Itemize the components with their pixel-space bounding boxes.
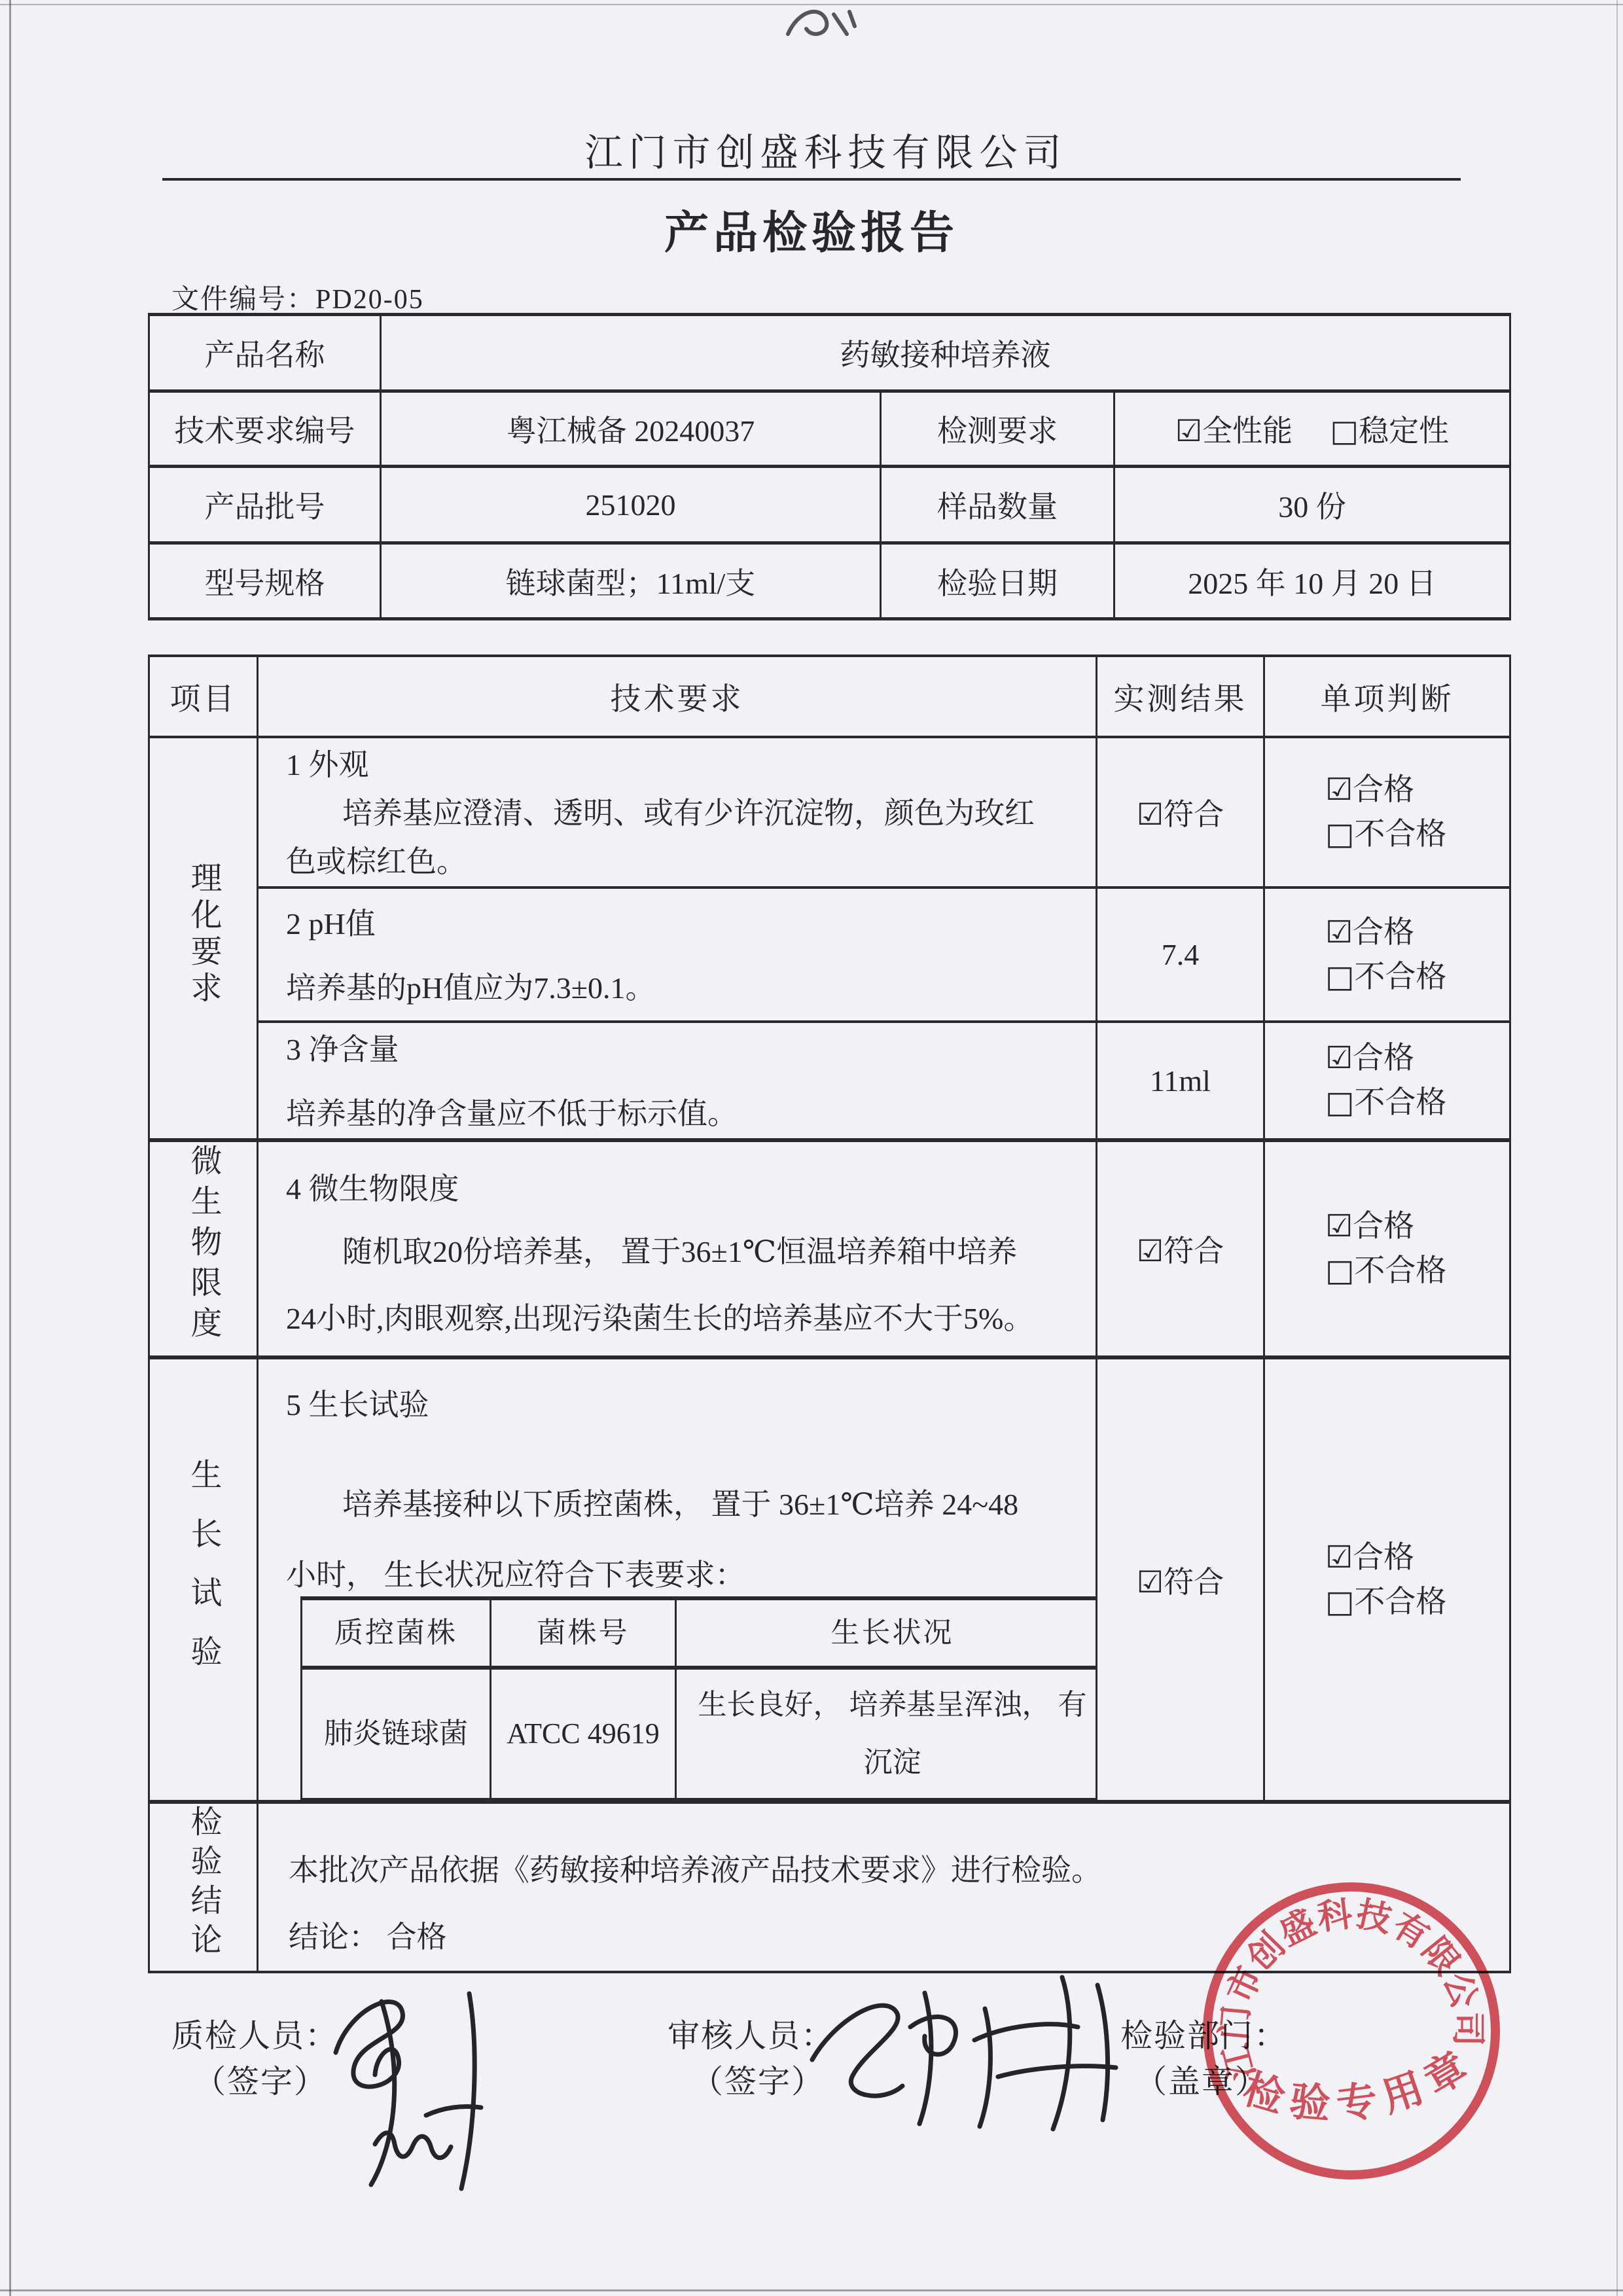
reviewer-signature xyxy=(789,1947,1145,2153)
table-row-net-content: 3 净含量 培养基的净含量应不低于标示值。 11ml ☑合格 □不合格 xyxy=(149,1022,1510,1140)
requirement-appearance: 1 外观 培养基应澄清、透明、或有少许沉淀物，颜色为玫红 色或棕红色。 xyxy=(258,737,1097,888)
product-name-label: 产品名称 xyxy=(149,315,381,391)
batch-label: 产品批号 xyxy=(149,467,381,543)
inspection-stamp: 江门市创盛科技有限公司 检验专用章 xyxy=(1179,1858,1524,2204)
file-number-value: PD20-05 xyxy=(315,285,424,315)
test-req-label: 检测要求 xyxy=(881,391,1115,467)
judgment-appearance: ☑合格 □不合格 xyxy=(1264,737,1510,888)
requirement-microbial: 4 微生物限度 随机取20份培养基， 置于36±1℃恒温培养箱中培养 24小时,… xyxy=(258,1140,1097,1357)
strain-no-value: ATCC 49619 xyxy=(491,1668,676,1799)
scan-smudge-icon xyxy=(779,3,864,48)
section-micro: 微生物限度 xyxy=(149,1140,258,1357)
table-row-growth: 生长试验 5 生长试验 培养基接种以下质控菌株， 置于 36±1℃培养 24~4… xyxy=(149,1357,1510,1802)
section-growth: 生长试验 xyxy=(149,1357,258,1802)
model-value: 链球菌型；11ml/支 xyxy=(381,543,881,619)
batch-value: 251020 xyxy=(381,467,881,543)
checkbox-fail: □不合格 xyxy=(1325,955,1509,999)
checkbox-stability: □稳定性 xyxy=(1330,413,1449,448)
requirement-net-content: 3 净含量 培养基的净含量应不低于标示值。 xyxy=(258,1022,1097,1140)
scan-edge-bottom xyxy=(0,2289,1623,2291)
strain-value: 肺炎链球菌 xyxy=(302,1668,491,1799)
table-row-appearance: 理化要求 1 外观 培养基应澄清、透明、或有少许沉淀物，颜色为玫红 色或棕红色。… xyxy=(149,737,1510,888)
col-header-judgment: 单项判断 xyxy=(1264,656,1510,737)
growth-table-data-row: 肺炎链球菌 ATCC 49619 生长良好， 培养基呈浑浊， 有 沉淀 xyxy=(302,1668,1097,1799)
result-growth: ☑符合 xyxy=(1097,1357,1264,1802)
product-info-table: 产品名称 药敏接种培养液 技术要求编号 粤江械备 20240037 检测要求 ☑… xyxy=(148,313,1511,620)
result-appearance: ☑符合 xyxy=(1097,737,1264,888)
judgment-net-content: ☑合格 □不合格 xyxy=(1264,1022,1510,1140)
checkbox-fail: □不合格 xyxy=(1325,812,1509,857)
stamp-label-text: 检验专用章 xyxy=(1233,2039,1484,2140)
checkbox-pass: ☑合格 xyxy=(1325,910,1509,955)
company-name: 江门市创盛科技有限公司 xyxy=(14,122,1623,177)
col-header-requirement: 技术要求 xyxy=(258,656,1097,737)
strain-col-header: 质控菌株 xyxy=(302,1598,491,1668)
table-header-row: 项目 技术要求 实测结果 单项判断 xyxy=(149,656,1510,737)
scan-edge-left xyxy=(9,0,11,2296)
table-row: 产品名称 药敏接种培养液 xyxy=(149,315,1510,391)
tech-req-no-value: 粤江械备 20240037 xyxy=(381,391,881,467)
checkbox-pass: ☑合格 xyxy=(1325,1204,1509,1249)
date-value: 2025 年 10 月 20 日 xyxy=(1115,543,1510,619)
header-divider xyxy=(162,178,1461,181)
checkbox-fail: □不合格 xyxy=(1325,1249,1509,1293)
result-microbial: ☑符合 xyxy=(1097,1140,1264,1357)
checkbox-pass: ☑合格 xyxy=(1325,1036,1509,1081)
table-row: 型号规格 链球菌型；11ml/支 检验日期 2025 年 10 月 20 日 xyxy=(149,543,1510,619)
status-value: 生长良好， 培养基呈浑浊， 有 沉淀 xyxy=(676,1668,1097,1799)
status-col-header: 生长状况 xyxy=(676,1598,1097,1668)
checkbox-full-performance: ☑全性能 xyxy=(1175,413,1293,448)
checkbox-fail: □不合格 xyxy=(1325,1580,1509,1624)
table-row-ph: 2 pH值 培养基的pH值应为7.3±0.1。 7.4 ☑合格 □不合格 xyxy=(149,888,1510,1022)
growth-strain-table: 质控菌株 菌株号 生长状况 肺炎链球菌 ATCC 49619 生长良好， 培养基… xyxy=(300,1596,1097,1800)
scanned-inspection-report: 江门市创盛科技有限公司 产品检验报告 文件编号：PD20-05 产品名称 药敏接… xyxy=(0,0,1623,2296)
col-header-result: 实测结果 xyxy=(1097,656,1264,737)
sample-qty-label: 样品数量 xyxy=(881,467,1115,543)
requirement-growth: 5 生长试验 培养基接种以下质控菌株， 置于 36±1℃培养 24~48 小时，… xyxy=(258,1357,1097,1802)
table-row-microbial: 微生物限度 4 微生物限度 随机取20份培养基， 置于36±1℃恒温培养箱中培养… xyxy=(149,1140,1510,1357)
tech-req-no-label: 技术要求编号 xyxy=(149,391,381,467)
strain-no-col-header: 菌株号 xyxy=(491,1598,676,1668)
qc-signature xyxy=(298,1975,527,2201)
checkbox-fail: □不合格 xyxy=(1325,1081,1509,1125)
sample-qty-value: 30 份 xyxy=(1115,467,1510,543)
judgment-ph: ☑合格 □不合格 xyxy=(1264,888,1510,1022)
judgment-microbial: ☑合格 □不合格 xyxy=(1264,1140,1510,1357)
section-physchem: 理化要求 xyxy=(149,737,258,1140)
test-req-value: ☑全性能 □稳定性 xyxy=(1115,391,1510,467)
model-label: 型号规格 xyxy=(149,543,381,619)
scan-edge-right xyxy=(1616,0,1618,2296)
checkbox-pass: ☑合格 xyxy=(1325,1535,1509,1580)
checkbox-pass: ☑合格 xyxy=(1325,768,1509,812)
growth-table-header-row: 质控菌株 菌株号 生长状况 xyxy=(302,1598,1097,1668)
table-row: 产品批号 251020 样品数量 30 份 xyxy=(149,467,1510,543)
svg-text:检验专用章: 检验专用章 xyxy=(1233,2039,1484,2140)
inspection-table: 项目 技术要求 实测结果 单项判断 理化要求 1 外观 培养基应澄清、透明、或有… xyxy=(148,655,1511,1973)
section-conclusion: 检验结论 xyxy=(149,1802,258,1972)
judgment-growth: ☑合格 □不合格 xyxy=(1264,1357,1510,1802)
col-header-item: 项目 xyxy=(149,656,258,737)
page-title: 产品检验报告 xyxy=(0,198,1623,261)
file-number: 文件编号：PD20-05 xyxy=(171,278,424,317)
requirement-ph: 2 pH值 培养基的pH值应为7.3±0.1。 xyxy=(258,888,1097,1022)
product-name-value: 药敏接种培养液 xyxy=(381,315,1510,391)
table-row: 技术要求编号 粤江械备 20240037 检测要求 ☑全性能 □稳定性 xyxy=(149,391,1510,467)
date-label: 检验日期 xyxy=(881,543,1115,619)
file-number-label: 文件编号： xyxy=(171,285,315,315)
result-ph: 7.4 xyxy=(1097,888,1264,1022)
result-net-content: 11ml xyxy=(1097,1022,1264,1140)
